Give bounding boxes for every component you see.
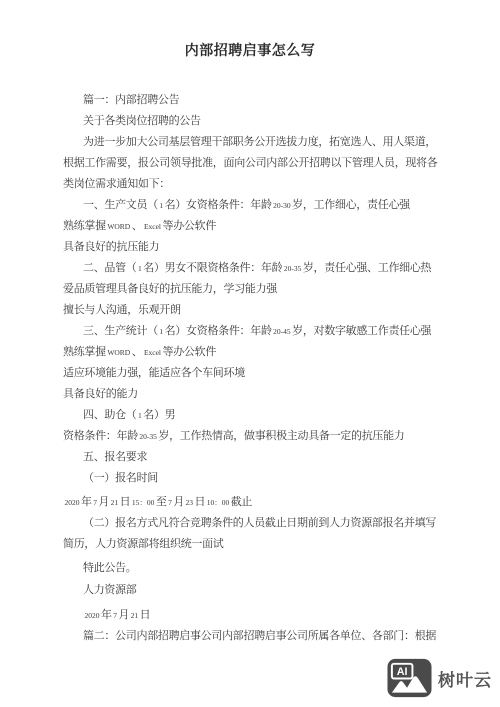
- document-line: 篇二：公司内部招聘启事公司内部招聘启事公司所属各单位、各部门：根据: [63, 626, 437, 647]
- small-latin-text: 23: [184, 498, 195, 507]
- document-line: 三、生产统计（1名）女资格条件：年龄20-45岁，对数字敏感工作责任心强: [63, 321, 437, 342]
- small-latin-text: WORD: [106, 348, 132, 357]
- document-line: 一、生产文员（1名）女资格条件：年龄20-30岁，工作细心，责任心强: [63, 195, 437, 216]
- document-line: 篇一：内部招聘公告: [63, 90, 437, 111]
- ai-image-logo-icon: AI: [387, 658, 432, 698]
- document-line: 擅长与人沟通，乐观开朗: [63, 300, 437, 321]
- watermark-brand-text: 树叶云: [438, 666, 492, 691]
- document-line: 2020年7月21日: [63, 605, 437, 626]
- document-line: 资格条件：年龄20-35岁，工作热情高，做事积极主动具备一定的抗压能力: [63, 426, 437, 447]
- document-line: （一）报名时间: [63, 468, 437, 489]
- document-line: 2020年7月21日15：00至7月23日10：00截止: [63, 492, 437, 513]
- small-latin-text: 7: [167, 498, 174, 507]
- small-latin-text: 1: [137, 264, 144, 273]
- document-line: 关于各类岗位招聘的公告: [63, 111, 437, 132]
- document-line: 熟练掌握WORD、Excel等办公软件: [63, 216, 437, 237]
- document-line: （二）报名方式凡符合竞聘条件的人员截止日期前到人力资源部报名并填写: [63, 513, 437, 534]
- document-line: 适应环境能力强，能适应各个车间环境: [63, 363, 437, 384]
- document-line: 四、助仓（1名）男: [63, 405, 437, 426]
- small-latin-text: 1: [158, 327, 165, 336]
- document-line: 具备良好的抗压能力: [63, 237, 437, 258]
- small-latin-text: 20-45: [272, 327, 293, 336]
- small-latin-text: 20-30: [272, 201, 293, 210]
- small-latin-text: 15：00: [130, 498, 156, 507]
- document-line: 五、报名要求: [63, 447, 437, 468]
- document-line: 人力资源部: [63, 580, 437, 601]
- small-latin-text: 20-35: [282, 264, 303, 273]
- document-line: 具备良好的能力: [63, 384, 437, 405]
- document-line: 简历，人力资源部将组织统一面试: [63, 534, 437, 555]
- small-latin-text: 1: [137, 411, 144, 420]
- small-latin-text: 2020: [83, 611, 101, 620]
- small-latin-text: 10：00: [205, 498, 231, 507]
- small-latin-text: 20-35: [138, 432, 159, 441]
- document-line: 根据工作需要，报公司领导批准，面向公司内部公开招聘以下管理人员，现将各: [63, 153, 437, 174]
- small-latin-text: 7: [112, 611, 119, 620]
- document-line: 熟练掌握WORD、Excel等办公软件: [63, 342, 437, 363]
- document-line: 为进一步加大公司基层管理干部职务公开选拔力度，拓宽选人、用人渠道，: [63, 132, 437, 153]
- document-screenshot: { "page": { "title": "内部招聘启事怎么写", "backg…: [0, 0, 500, 707]
- page-title: 内部招聘启事怎么写: [0, 0, 500, 60]
- document-body: 篇一：内部招聘公告关于各类岗位招聘的公告为进一步加大公司基层管理干部职务公开选拔…: [0, 90, 500, 647]
- small-latin-text: 21: [109, 498, 120, 507]
- document-line: 爱品质管理具备良好的抗压能力，学习能力强: [63, 279, 437, 300]
- document-line: 特此公告。: [63, 558, 437, 579]
- small-latin-text: 7: [92, 498, 99, 507]
- document-line: 二、品管（1名）男女不限资格条件：年龄20-35岁，责任心强、工作细心热: [63, 258, 437, 279]
- small-latin-text: 1: [158, 201, 165, 210]
- document-page: 内部招聘启事怎么写 篇一：内部招聘公告关于各类岗位招聘的公告为进一步加大公司基层…: [0, 0, 500, 647]
- small-latin-text: 2020: [63, 498, 81, 507]
- small-latin-text: 21: [129, 611, 140, 620]
- small-latin-text: Excel: [142, 222, 162, 231]
- document-line: 类岗位需求通知如下：: [63, 174, 437, 195]
- logo-ai-text: AI: [397, 666, 408, 678]
- watermark: AI 树叶云: [387, 658, 492, 698]
- small-latin-text: Excel: [142, 348, 162, 357]
- small-latin-text: WORD: [106, 222, 132, 231]
